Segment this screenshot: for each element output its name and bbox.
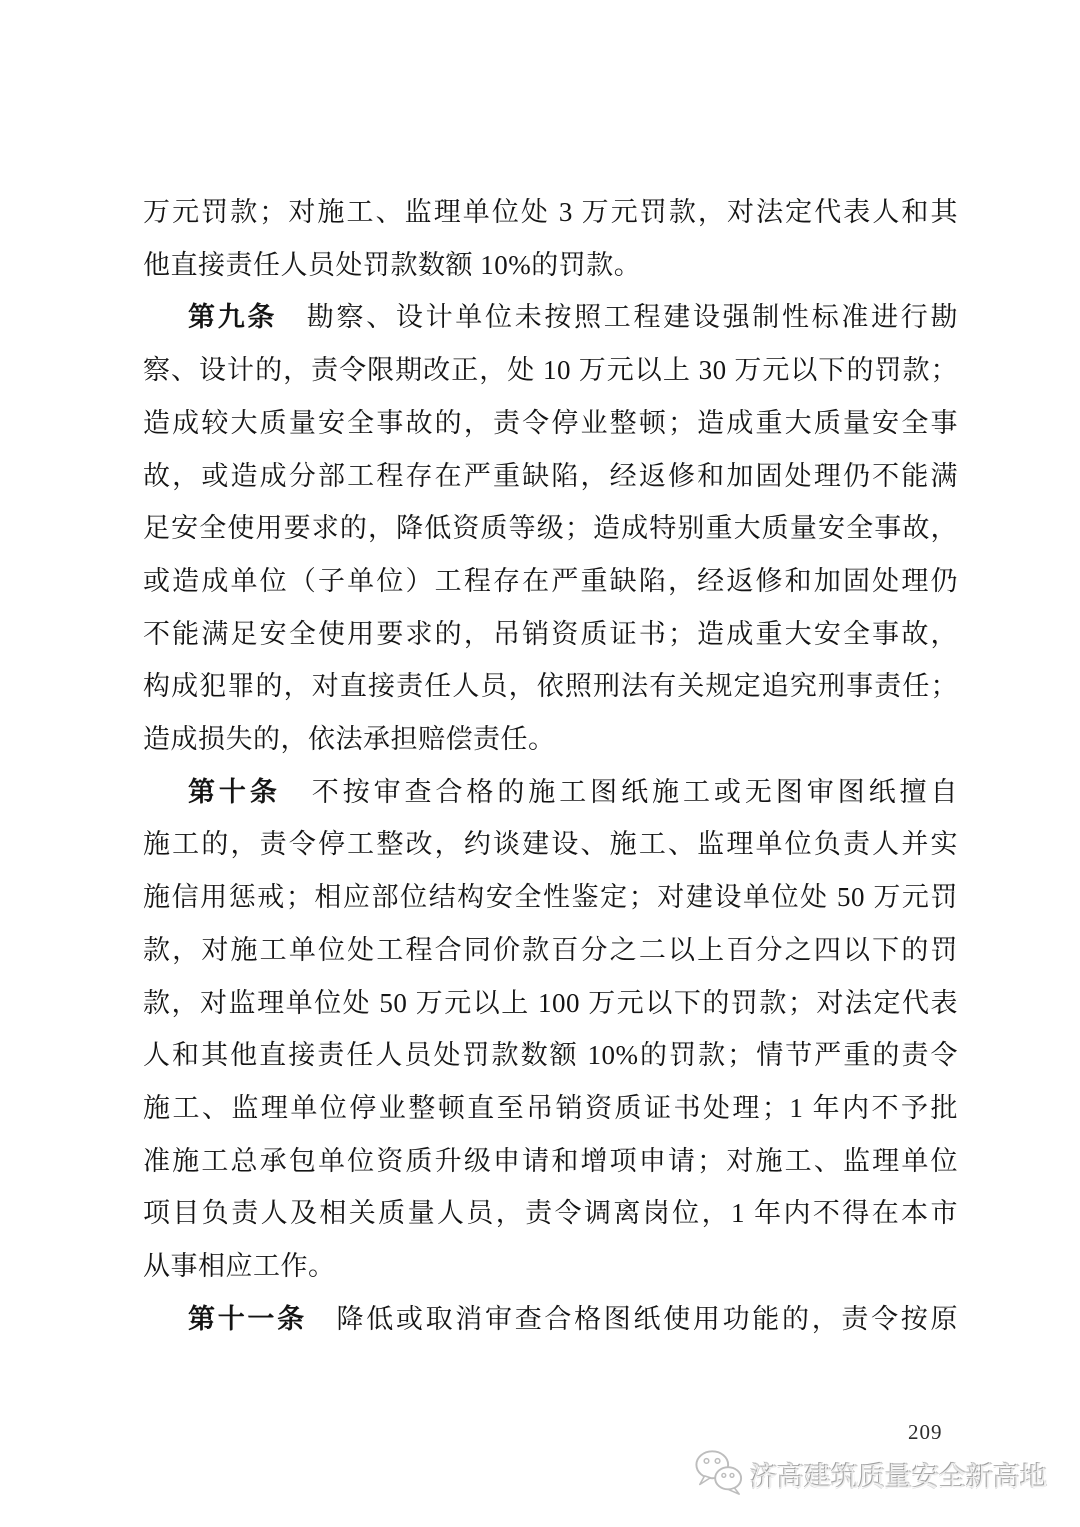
text-line-text: 构成犯罪的，对直接责任人员，依照刑法有关规定追究刑事责任；	[143, 671, 958, 701]
text-line: 或造成单位（子单位）工程存在严重缺陷，经返修和加固处理仍	[143, 555, 958, 608]
text-line: 款，对施工单位处工程合同价款百分之二以上百分之四以下的罚	[143, 924, 958, 977]
text-line-text: 造成较大质量安全事故的，责令停业整顿；造成重大质量安全事	[143, 408, 958, 438]
text-line: 不能满足安全使用要求的，吊销资质证书；造成重大安全事故，	[143, 608, 958, 661]
watermark-text: 济高建筑质量安全新高地	[750, 1455, 1047, 1494]
text-line: 施工的，责令停工整改，约谈建设、施工、监理单位负责人并实	[143, 818, 958, 871]
article-11-heading-line: 第十一条 降低或取消审查合格图纸使用功能的，责令按原	[143, 1293, 958, 1346]
text-line-text: 勘察、设计单位未按照工程建设强制性标准进行勘	[277, 302, 958, 332]
text-line: 项目负责人及相关质量人员，责令调离岗位，1 年内不得在本市	[143, 1187, 958, 1240]
text-line-text: 故，或造成分部工程存在严重缺陷，经返修和加固处理仍不能满	[143, 461, 958, 491]
text-line-text: 准施工总承包单位资质升级申请和增项申请；对施工、监理单位	[143, 1146, 958, 1176]
text-line-text: 施信用惩戒；相应部位结构安全性鉴定；对建设单位处 50 万元罚	[143, 882, 958, 912]
text-line-text: 足安全使用要求的，降低资质等级；造成特别重大质量安全事故，	[143, 513, 958, 543]
text-line-text: 或造成单位（子单位）工程存在严重缺陷，经返修和加固处理仍	[143, 566, 958, 596]
article-number-bold: 第十条	[188, 777, 281, 807]
document-body: 万元罚款；对施工、监理单位处 3 万元罚款，对法定代表人和其 他直接责任人员处罚…	[143, 186, 958, 1345]
article-number-bold: 第九条	[188, 302, 277, 332]
text-line: 人和其他直接责任人员处罚款数额 10%的罚款；情节严重的责令	[143, 1029, 958, 1082]
text-line: 察、设计的，责令限期改正，处 10 万元以上 30 万元以下的罚款；	[143, 344, 958, 397]
text-line-text: 万元罚款；对施工、监理单位处 3 万元罚款，对法定代表人和其	[143, 197, 958, 227]
text-line: 款，对监理单位处 50 万元以上 100 万元以下的罚款；对法定代表	[143, 977, 958, 1030]
article-9-heading-line: 第九条 勘察、设计单位未按照工程建设强制性标准进行勘	[143, 291, 958, 344]
text-line: 施信用惩戒；相应部位结构安全性鉴定；对建设单位处 50 万元罚	[143, 871, 958, 924]
text-line-text: 款，对施工单位处工程合同价款百分之二以上百分之四以下的罚	[143, 935, 958, 965]
text-line-text: 施工、监理单位停业整顿直至吊销资质证书处理；1 年内不予批	[143, 1093, 958, 1123]
text-line-text: 人和其他直接责任人员处罚款数额 10%的罚款；情节严重的责令	[143, 1040, 958, 1070]
text-line-text: 施工的，责令停工整改，约谈建设、施工、监理单位负责人并实	[143, 829, 958, 859]
article-10-heading-line: 第十条 不按审查合格的施工图纸施工或无图审图纸擅自	[143, 766, 958, 819]
text-line-text: 款，对监理单位处 50 万元以上 100 万元以下的罚款；对法定代表	[143, 988, 958, 1018]
text-line-text: 察、设计的，责令限期改正，处 10 万元以上 30 万元以下的罚款；	[143, 355, 958, 385]
text-line: 足安全使用要求的，降低资质等级；造成特别重大质量安全事故，	[143, 502, 958, 555]
text-line-text: 项目负责人及相关质量人员，责令调离岗位，1 年内不得在本市	[143, 1198, 958, 1228]
wechat-icon	[694, 1448, 744, 1501]
text-line-text: 不按审查合格的施工图纸施工或无图审图纸擅自	[281, 777, 958, 807]
article-number-bold: 第十一条	[188, 1304, 307, 1334]
page-number: 209	[908, 1420, 943, 1445]
text-line-text: 他直接责任人员处罚款数额 10%的罚款。	[143, 250, 641, 280]
document-page: 万元罚款；对施工、监理单位处 3 万元罚款，对法定代表人和其 他直接责任人员处罚…	[0, 0, 1080, 1527]
text-line: 故，或造成分部工程存在严重缺陷，经返修和加固处理仍不能满	[143, 450, 958, 503]
text-line: 构成犯罪的，对直接责任人员，依照刑法有关规定追究刑事责任；	[143, 660, 958, 713]
text-line: 从事相应工作。	[143, 1240, 958, 1293]
watermark: 济高建筑质量安全新高地	[694, 1448, 1047, 1501]
text-line: 施工、监理单位停业整顿直至吊销资质证书处理；1 年内不予批	[143, 1082, 958, 1135]
text-line: 他直接责任人员处罚款数额 10%的罚款。	[143, 239, 958, 292]
text-line: 准施工总承包单位资质升级申请和增项申请；对施工、监理单位	[143, 1135, 958, 1188]
text-line-text: 不能满足安全使用要求的，吊销资质证书；造成重大安全事故，	[143, 619, 958, 649]
text-line: 造成较大质量安全事故的，责令停业整顿；造成重大质量安全事	[143, 397, 958, 450]
text-line: 造成损失的，依法承担赔偿责任。	[143, 713, 958, 766]
text-line: 万元罚款；对施工、监理单位处 3 万元罚款，对法定代表人和其	[143, 186, 958, 239]
text-line-text: 从事相应工作。	[143, 1251, 336, 1281]
text-line-text: 降低或取消审查合格图纸使用功能的，责令按原	[307, 1304, 958, 1334]
text-line-text: 造成损失的，依法承担赔偿责任。	[143, 724, 556, 754]
